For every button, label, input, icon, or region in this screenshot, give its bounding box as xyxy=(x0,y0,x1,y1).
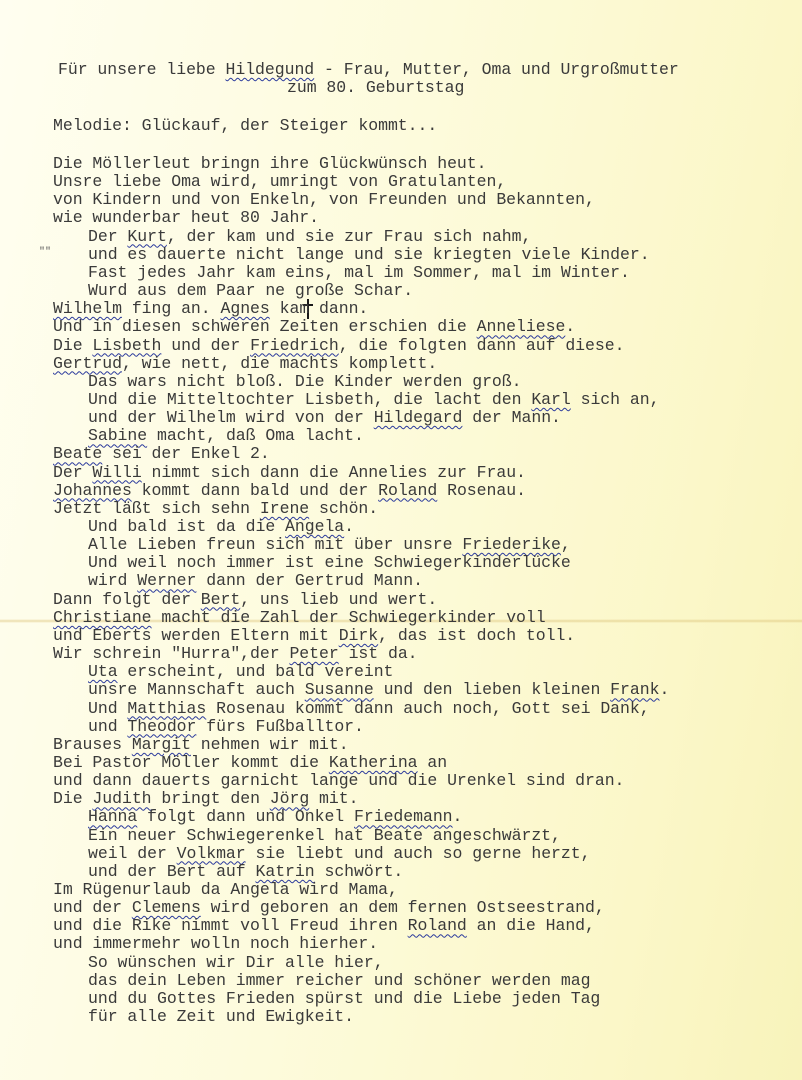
poem-line: wird Werner dann der Gertrud Mann. xyxy=(88,572,423,590)
underlined-name: Margit xyxy=(132,735,191,754)
underlined-name: Frank xyxy=(610,680,659,699)
poem-line: und Eberts werden Eltern mit Dirk, das i… xyxy=(53,627,575,645)
poem-line: Und bald ist da die Angela. xyxy=(88,518,354,536)
poem-line: und die Rike nimmt voll Freud ihren Rola… xyxy=(53,917,595,935)
underlined-name: Christiane xyxy=(53,608,152,627)
poem-line: Fast jedes Jahr kam eins, mal im Sommer,… xyxy=(88,264,630,282)
poem-line: unsre Mannschaft auch Susanne und den li… xyxy=(88,681,669,699)
underlined-name: Wilhelm xyxy=(53,299,122,318)
margin-mark: "" xyxy=(39,247,51,258)
poem-line: So wünschen wir Dir alle hier, xyxy=(88,954,384,972)
underlined-name: Lisbeth xyxy=(92,336,161,355)
poem-line: Dann folgt der Bert, uns lieb und wert. xyxy=(53,591,437,609)
poem-line: Das wars nicht bloß. Die Kinder werden g… xyxy=(88,373,521,391)
underlined-name: Gertrud xyxy=(53,354,122,373)
poem-line: Wilhelm fing an. Agnes kam dann. xyxy=(53,300,368,318)
poem-line: Beate sei der Enkel 2. xyxy=(53,445,270,463)
underlined-name: Uta xyxy=(88,662,118,681)
poem-line: wie wunderbar heut 80 Jahr. xyxy=(53,209,319,227)
melody-line: Melodie: Glückauf, der Steiger kommt... xyxy=(53,117,437,135)
underlined-name: Johannes xyxy=(53,481,132,500)
poem-line: und Theodor fürs Fußballtor. xyxy=(88,718,364,736)
poem-line: Die Judith bringt den Jörg mit. xyxy=(53,790,358,808)
typewritten-letter-page: Für unsere liebe Hildegund - Frau, Mutte… xyxy=(0,0,802,1080)
underlined-name: Hildegard xyxy=(374,408,463,427)
poem-line: Sabine macht, daß Oma lacht. xyxy=(88,427,364,445)
poem-line: Und in diesen schweren Zeiten erschien d… xyxy=(53,318,575,336)
underlined-name: Friedrich xyxy=(250,336,339,355)
underlined-name: Sabine xyxy=(88,426,147,445)
poem-line: weil der Volkmar sie liebt und auch so g… xyxy=(88,845,590,863)
poem-line: Uta erscheint, und bald vereint xyxy=(88,663,393,681)
poem-line: und immermehr wolln noch hierher. xyxy=(53,935,378,953)
underlined-name: Katherina xyxy=(329,753,418,772)
underlined-name: Kurt xyxy=(127,227,166,246)
poem-line: Alle Lieben freun sich mit über unsre Fr… xyxy=(88,536,571,554)
poem-line: und dann dauerts garnicht lange und die … xyxy=(53,772,624,790)
poem-line: Und die Mitteltochter Lisbeth, die lacht… xyxy=(88,391,659,409)
underlined-name: Beate xyxy=(53,444,102,463)
poem-line: Christiane macht die Zahl der Schwiegerk… xyxy=(53,609,546,627)
poem-line: für alle Zeit und Ewigkeit. xyxy=(88,1008,354,1026)
underlined-name: Angela xyxy=(285,517,344,536)
poem-line: Die Lisbeth und der Friedrich, die folgt… xyxy=(53,337,624,355)
underlined-name: Hildegund xyxy=(225,60,314,79)
poem-line: und der Wilhelm wird von der Hildegard d… xyxy=(88,409,561,427)
underlined-name: Jörg xyxy=(270,789,309,808)
poem-line: Gertrud, wie nett, die machts komplett. xyxy=(53,355,437,373)
poem-line: Und Matthias Rosenau kommt dann auch noc… xyxy=(88,700,650,718)
poem-line: Unsre liebe Oma wird, umringt von Gratul… xyxy=(53,173,506,191)
poem-line: Der Willi nimmt sich dann die Annelies z… xyxy=(53,464,526,482)
underlined-name: Matthias xyxy=(127,699,206,718)
underlined-name: Irene xyxy=(260,499,309,518)
underlined-name: Friedemann xyxy=(354,807,453,826)
poem-line: das dein Leben immer reicher und schöner… xyxy=(88,972,590,990)
poem-line: Wir schrein "Hurra",der Peter ist da. xyxy=(53,645,418,663)
poem-line: Hanna folgt dann und Onkel Friedemann. xyxy=(88,808,462,826)
underlined-name: Willi xyxy=(92,463,141,482)
poem-line: Bei Pastor Möller kommt die Katherina an xyxy=(53,754,447,772)
underlined-name: Karl xyxy=(531,390,570,409)
underlined-name: Agnes xyxy=(221,299,270,318)
poem-line: Ein neuer Schwiegerenkel hat Beate anges… xyxy=(88,827,561,845)
underlined-name: Volkmar xyxy=(177,844,246,863)
underlined-name: Katrin xyxy=(255,862,314,881)
poem-line: und der Clemens wird geboren an dem fern… xyxy=(53,899,605,917)
poem-line: Die Möllerleut bringn ihre Glückwünsch h… xyxy=(53,155,486,173)
underlined-name: Theodor xyxy=(127,717,196,736)
poem-line: und der Bert auf Katrin schwört. xyxy=(88,863,403,881)
poem-line: Jetzt läßt sich sehn Irene schön. xyxy=(53,500,378,518)
poem-line: Johannes kommt dann bald und der Roland … xyxy=(53,482,526,500)
underlined-name: Bert xyxy=(201,590,240,609)
underlined-name: Friederike xyxy=(462,535,561,554)
poem-line: Der Kurt, der kam und sie zur Frau sich … xyxy=(88,228,531,246)
underlined-name: Dirk xyxy=(339,626,378,645)
underlined-name: Susanne xyxy=(305,680,374,699)
underlined-name: Anneliese xyxy=(477,317,566,336)
underlined-name: Roland xyxy=(408,916,467,935)
underlined-name: Judith xyxy=(92,789,151,808)
underlined-name: Clemens xyxy=(132,898,201,917)
poem-line: Und weil noch immer ist eine Schwiegerki… xyxy=(88,554,571,572)
poem-line: von Kindern und von Enkeln, von Freunden… xyxy=(53,191,595,209)
underlined-name: Hanna xyxy=(88,807,137,826)
poem-subtitle: zum 80. Geburtstag xyxy=(287,79,464,97)
poem-title: Für unsere liebe Hildegund - Frau, Mutte… xyxy=(58,61,679,79)
poem-line: Brauses Margit nehmen wir mit. xyxy=(53,736,349,754)
poem-line: und du Gottes Frieden spürst und die Lie… xyxy=(88,990,600,1008)
underlined-name: Peter xyxy=(289,644,338,663)
poem-line: und es dauerte nicht lange und sie krieg… xyxy=(88,246,650,264)
underlined-name: Roland xyxy=(378,481,437,500)
poem-line: Im Rügenurlaub da Angela wird Mama, xyxy=(53,881,398,899)
poem-line: Wurd aus dem Paar ne große Schar. xyxy=(88,282,413,300)
underlined-name: Werner xyxy=(137,571,196,590)
